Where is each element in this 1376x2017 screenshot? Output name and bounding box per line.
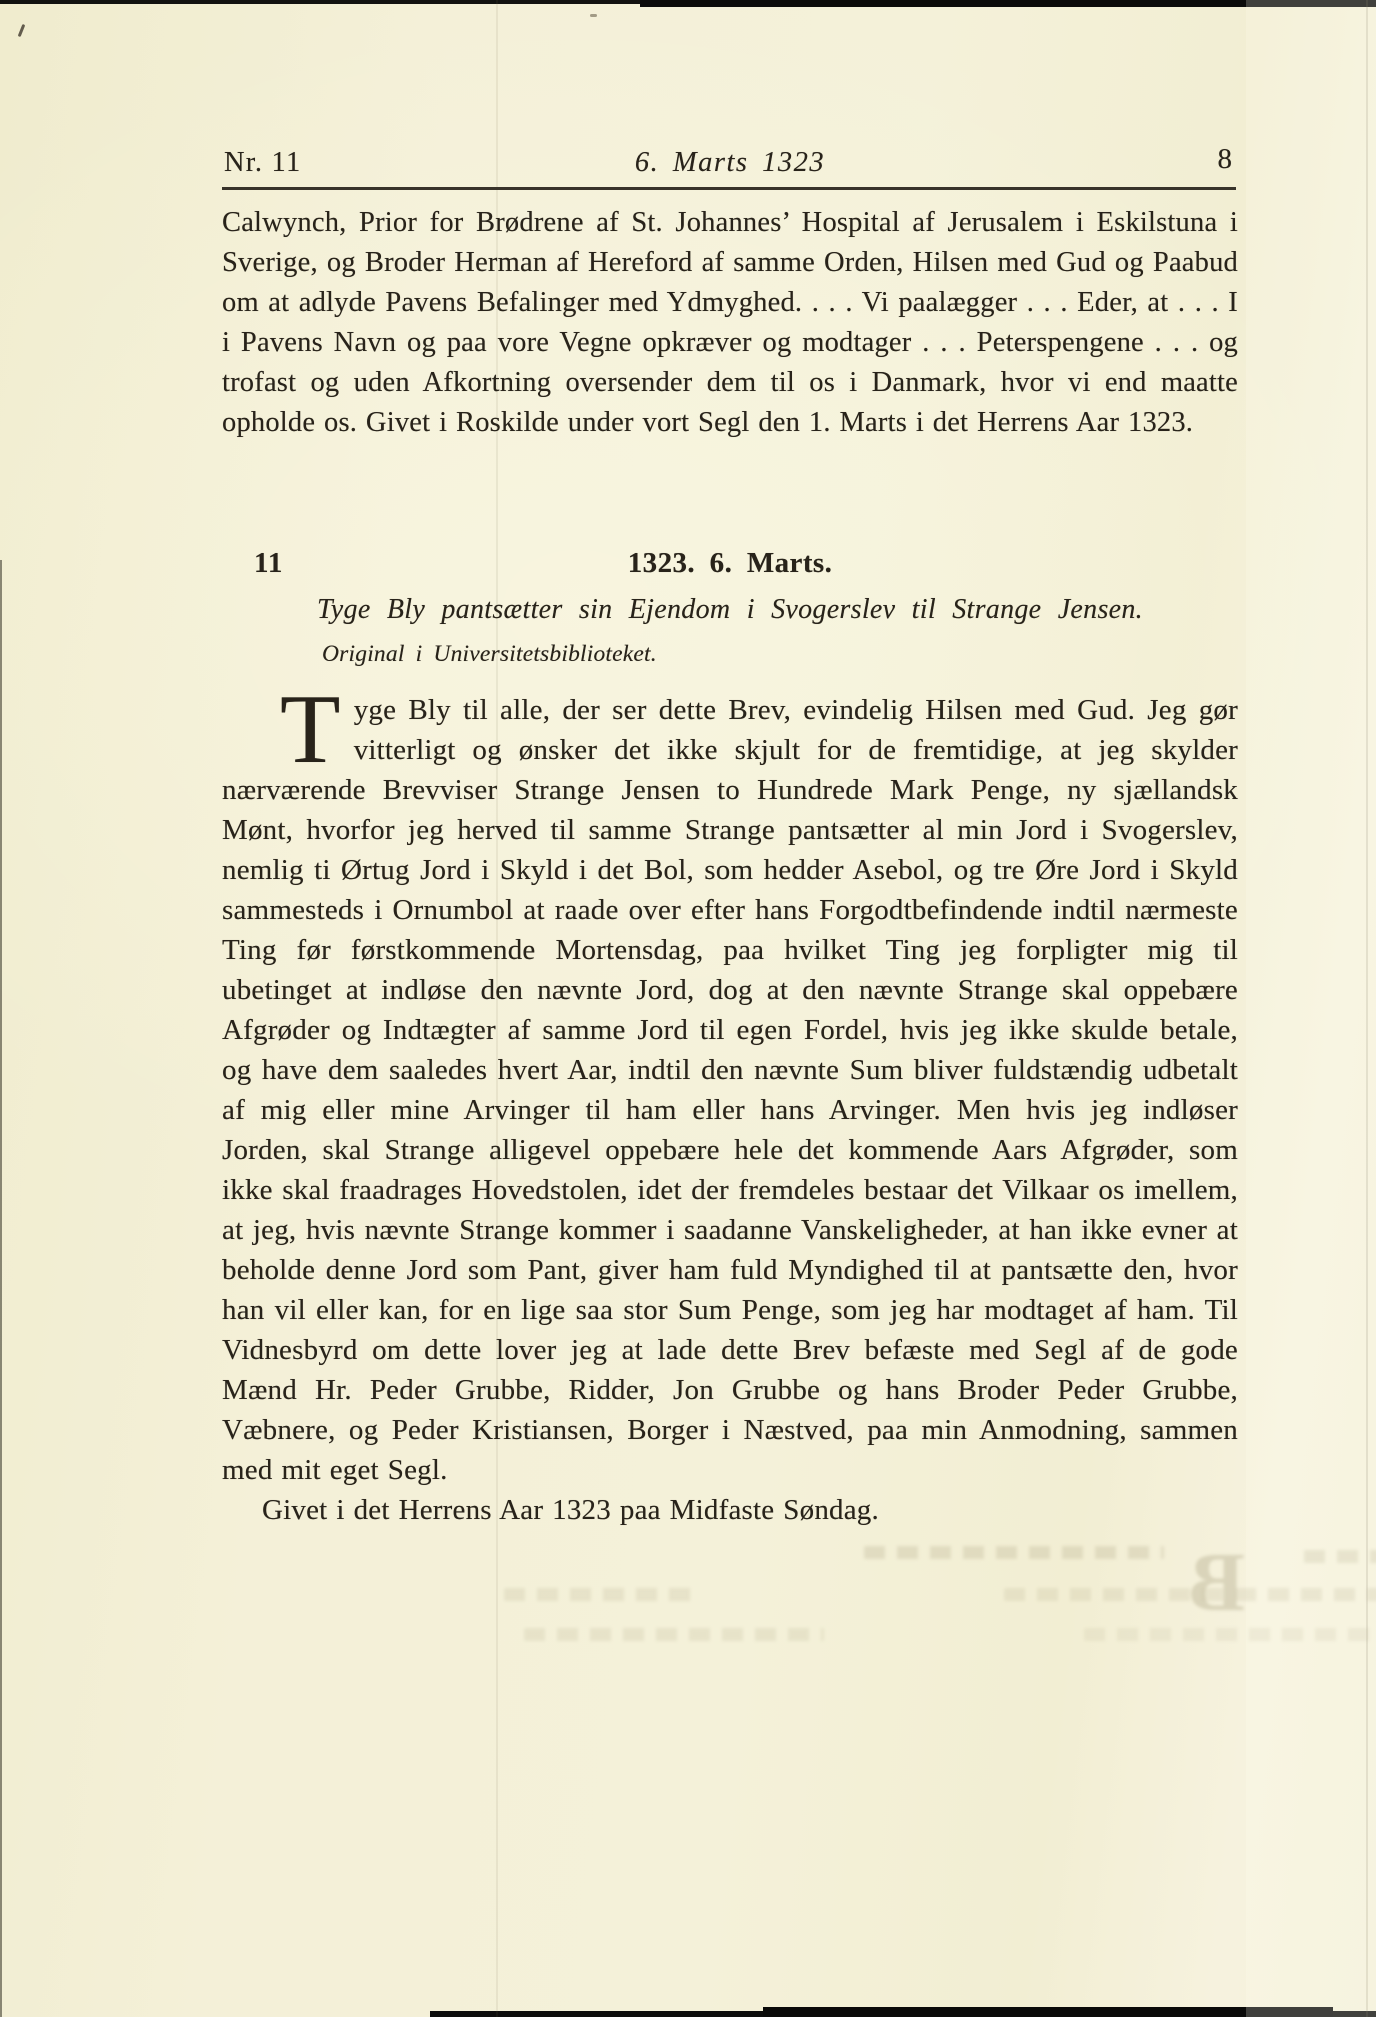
ink-speck — [18, 24, 26, 37]
entry-source-note: Original i Universitetsbiblioteket. — [222, 641, 1238, 668]
ghost-capital: B — [1189, 1534, 1245, 1631]
scan-edge-left — [0, 560, 2, 2017]
entry-heading: 11 1323. 6. Marts. — [222, 547, 1238, 581]
header-rule — [222, 187, 1236, 190]
bleed-line — [504, 1588, 694, 1601]
continuation-paragraph: Calwynch, Prior for Brødrene af St. Joha… — [222, 203, 1238, 443]
entry-body-text: yge Bly til alle, der ser dette Brev, ev… — [222, 694, 1238, 1486]
text-block: Nr. 11 6. Marts 1323 8 Calwynch, Prior f… — [222, 0, 1238, 2017]
running-header: Nr. 11 6. Marts 1323 8 — [222, 147, 1238, 181]
entry-closing-line: Givet i det Herrens Aar 1323 paa Midfast… — [222, 1490, 1238, 1530]
entry-date-heading: 1323. 6. Marts. — [222, 547, 1238, 580]
bleed-line — [524, 1628, 824, 1641]
bleed-through: B — [444, 1540, 1376, 1680]
entry-body: Tyge Bly til alle, der ser dette Brev, e… — [222, 690, 1238, 1530]
drop-cap: T — [280, 690, 341, 770]
page-edge-strip — [1246, 0, 1376, 2017]
header-page-number: 8 — [1218, 143, 1233, 176]
bleed-line — [864, 1546, 1164, 1559]
entry-title: Tyge Bly pantsætter sin Ejendom i Svoger… — [222, 594, 1238, 626]
entry-body-paragraph: Tyge Bly til alle, der ser dette Brev, e… — [222, 690, 1238, 1490]
entry-number: 11 — [254, 547, 283, 580]
scanned-book-page: { "header": { "left": "Nr. 11", "center"… — [0, 0, 1376, 2017]
header-date: 6. Marts 1323 — [222, 147, 1238, 179]
